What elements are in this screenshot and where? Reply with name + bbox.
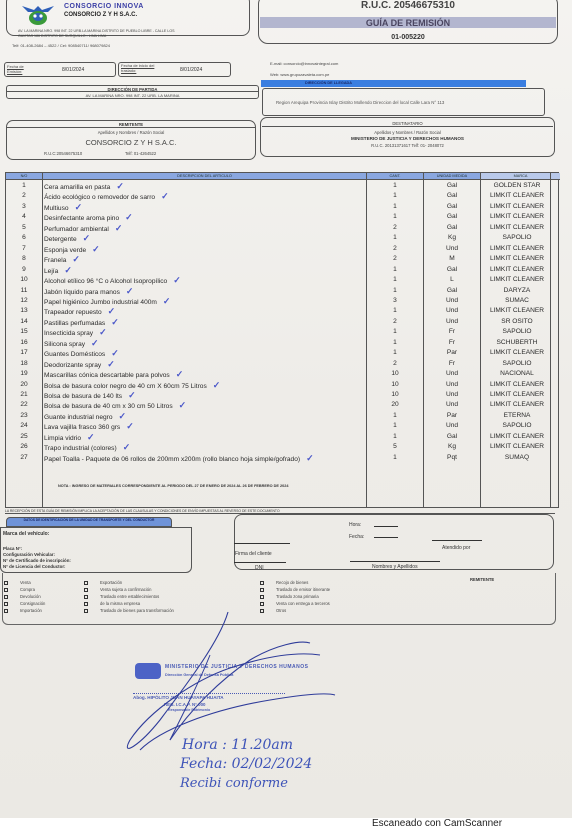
row-quantity: 5 bbox=[367, 442, 423, 452]
row-quantity: 1 bbox=[367, 202, 423, 212]
checkbox-icon[interactable] bbox=[84, 581, 88, 585]
check-mark-icon: ✓ bbox=[87, 432, 95, 442]
row-quantity: 1 bbox=[367, 191, 423, 201]
table-row: 17Guantes Domésticos✓1ParLIMKIT CLEANER bbox=[6, 348, 560, 358]
checkbox-icon[interactable] bbox=[260, 595, 264, 599]
emission-date-label: Fecha de Emisión: bbox=[7, 64, 29, 74]
row-unit: Kg bbox=[424, 442, 480, 452]
row-quantity: 2 bbox=[367, 244, 423, 254]
motivos-remitente-label: REMITENTE bbox=[470, 577, 494, 582]
table-row: 25Limpia vidrio✓1GalLIMKIT CLEANER bbox=[6, 432, 560, 442]
row-unit: Gal bbox=[424, 223, 480, 233]
row-quantity: 2 bbox=[367, 254, 423, 264]
check-mark-icon: ✓ bbox=[126, 421, 134, 431]
transfer-reason-option[interactable]: Devolución bbox=[4, 594, 41, 599]
contact-web: Web: www.grupozavaleta.com.pe bbox=[270, 72, 329, 77]
transfer-reason-label: Devolución bbox=[20, 594, 41, 599]
row-brand: LIMKIT CLEANER bbox=[481, 265, 553, 275]
row-brand: LIMKIT CLEANER bbox=[481, 348, 553, 358]
row-unit: Gal bbox=[424, 202, 480, 212]
row-brand: ETERNA bbox=[481, 411, 553, 421]
row-unit: Und bbox=[424, 390, 480, 400]
transfer-reason-label: Importación bbox=[20, 608, 42, 613]
row-brand: GOLDEN STAR bbox=[481, 181, 553, 191]
transfer-reason-label: Traslado zona primaria bbox=[276, 594, 319, 599]
row-unit: Und bbox=[424, 317, 480, 327]
emission-date: 8/01/2024 bbox=[62, 67, 84, 73]
table-row: 21Bolsa de basura de 140 lts✓10UndLIMKIT… bbox=[6, 390, 560, 400]
transfer-date: 8/01/2024 bbox=[180, 67, 202, 73]
dni-label: DNI bbox=[255, 565, 264, 571]
certificate-field: N° de Certificado de inscripción: bbox=[3, 558, 71, 563]
check-mark-icon: ✓ bbox=[92, 244, 100, 254]
row-unit: Kg bbox=[424, 233, 480, 243]
transfer-reason-option[interactable]: Venta con entrega a terceros bbox=[260, 601, 330, 606]
table-row: 11Jabón líquido para manos✓1GalDARYZA bbox=[6, 286, 560, 296]
row-unit: Und bbox=[424, 421, 480, 431]
document-ruc: R.U.C. 20546675310 bbox=[258, 0, 558, 11]
checkbox-icon[interactable] bbox=[84, 595, 88, 599]
row-number: 19 bbox=[6, 369, 42, 379]
check-mark-icon: ✓ bbox=[115, 223, 123, 233]
row-quantity: 2 bbox=[367, 359, 423, 369]
checkbox-icon[interactable] bbox=[260, 588, 264, 592]
check-mark-icon: ✓ bbox=[176, 369, 184, 379]
row-number: 16 bbox=[6, 338, 42, 348]
row-brand: SAPOLIO bbox=[481, 327, 553, 337]
row-brand: LIMKIT CLEANER bbox=[481, 306, 553, 316]
table-row: 20Bolsa de basura color negro de 40 cm X… bbox=[6, 380, 560, 390]
row-brand: LIMKIT CLEANER bbox=[481, 432, 553, 442]
row-number: 10 bbox=[6, 275, 42, 285]
checkbox-icon[interactable] bbox=[4, 595, 8, 599]
transfer-reason-label: Venta bbox=[20, 580, 31, 585]
handwritten-time: Hora : 11.20am bbox=[182, 737, 293, 753]
plate-field: Placa N°: bbox=[3, 546, 22, 551]
transfer-reason-option[interactable]: Compra bbox=[4, 587, 35, 592]
row-quantity: 10 bbox=[367, 390, 423, 400]
row-brand: LIMKIT CLEANER bbox=[481, 223, 553, 233]
row-brand: SCHUBERTH bbox=[481, 338, 553, 348]
row-quantity: 1 bbox=[367, 181, 423, 191]
row-unit: Fr bbox=[424, 338, 480, 348]
check-mark-icon: ✓ bbox=[179, 400, 187, 410]
table-row: 19Mascarillas cónica descartable para po… bbox=[6, 369, 560, 379]
row-unit: Pqt bbox=[424, 453, 480, 463]
row-quantity: 1 bbox=[367, 212, 423, 222]
check-mark-icon: ✓ bbox=[99, 327, 107, 337]
vehicle-config-field: Configuración Vehicular: bbox=[3, 552, 55, 557]
row-quantity: 1 bbox=[367, 286, 423, 296]
row-number: 27 bbox=[6, 453, 42, 463]
transfer-reason-label: de la misma empresa bbox=[100, 601, 140, 606]
transfer-reason-label: Traslado de emisor itinerante bbox=[276, 587, 330, 592]
row-number: 24 bbox=[6, 421, 42, 431]
row-number: 2 bbox=[6, 191, 42, 201]
license-field: N° de Licencia del Conductor: bbox=[3, 564, 66, 569]
transfer-reason-option[interactable]: Consignación bbox=[4, 601, 45, 606]
transfer-date-label: Fecha de inicio del traslado: bbox=[121, 63, 161, 73]
row-number: 20 bbox=[6, 380, 42, 390]
vehicle-brand-field: Marca del vehículo: bbox=[3, 531, 49, 537]
row-quantity: 1 bbox=[367, 233, 423, 243]
nombres-label: Nombres y Apellidos bbox=[372, 564, 418, 570]
row-brand: SAPOLIO bbox=[481, 421, 553, 431]
check-mark-icon: ✓ bbox=[116, 181, 124, 191]
table-row: 2Ácido ecológico o removedor de sarro✓1G… bbox=[6, 191, 560, 201]
destinatario-ruc: R.U.C. 20131371617 Telf: 01- 2048072 bbox=[260, 143, 555, 148]
row-number: 1 bbox=[6, 181, 42, 191]
items-table: N/O DESCRIPCION DEL ARTICULO CANT. UNIDA… bbox=[5, 172, 559, 508]
transfer-reason-option[interactable]: Traslado entre establecimientos bbox=[84, 594, 159, 599]
row-quantity: 1 bbox=[367, 432, 423, 442]
table-row: 8Franela✓2MLIMKIT CLEANER bbox=[6, 254, 560, 264]
checkbox-icon[interactable] bbox=[260, 581, 264, 585]
transfer-reason-label: Consignación bbox=[20, 601, 45, 606]
company-brand: CONSORCIO INNOVA bbox=[64, 3, 144, 10]
row-brand: LIMKIT CLEANER bbox=[481, 275, 553, 285]
remitente-sub: Apellidos y Nombres / Razón Social bbox=[6, 130, 256, 135]
row-unit: Und bbox=[424, 296, 480, 306]
transfer-reason-label: Venta sujeta a confirmación bbox=[100, 587, 151, 592]
table-row: 12Papel higiénico Jumbo industrial 400m✓… bbox=[6, 296, 560, 306]
row-unit: Fr bbox=[424, 327, 480, 337]
check-mark-icon: ✓ bbox=[64, 265, 72, 275]
table-row: 10Alcohol etílico 96 °C o Alcohol Isopro… bbox=[6, 275, 560, 285]
table-row: 26Trapo industrial (colores)✓5KgLIMKIT C… bbox=[6, 442, 560, 452]
table-row: 4Desinfectante aroma pino✓1GalLIMKIT CLE… bbox=[6, 212, 560, 222]
check-mark-icon: ✓ bbox=[111, 317, 119, 327]
company-phones: Telf: 01-408-2684 – 4522 / Cel: 90854071… bbox=[12, 43, 110, 48]
company-address-2: GAVITAS 186 DISTRITO DE SURQUILLO - LIMA… bbox=[18, 34, 106, 38]
remitente-ruc: R.U.C:20546675310 bbox=[44, 151, 82, 156]
row-brand: LIMKIT CLEANER bbox=[481, 244, 553, 254]
check-mark-icon: ✓ bbox=[213, 380, 221, 390]
header-quantity: CANT. bbox=[367, 173, 423, 180]
row-unit: Gal bbox=[424, 191, 480, 201]
check-mark-icon: ✓ bbox=[111, 348, 119, 358]
table-row: 27Papel Toalla - Paquete de 06 rollos de… bbox=[6, 453, 560, 463]
table-row: 1Cera amarilla en pasta✓1GalGOLDEN STAR bbox=[6, 181, 560, 191]
company-name: CONSORCIO Z Y H S.A.C. bbox=[64, 12, 137, 18]
transfer-reason-label: Venta con entrega a terceros bbox=[276, 601, 330, 606]
row-brand: LIMKIT CLEANER bbox=[481, 191, 553, 201]
row-quantity: 3 bbox=[367, 296, 423, 306]
row-quantity: 10 bbox=[367, 380, 423, 390]
company-address-1: AV. LA MARINA NRO. 998 INT. 22 URB.LA MA… bbox=[18, 29, 175, 33]
check-mark-icon: ✓ bbox=[128, 390, 136, 400]
row-quantity: 1 bbox=[367, 265, 423, 275]
table-row: 23Guante industrial negro✓1ParETERNA bbox=[6, 411, 560, 421]
row-brand: LIMKIT CLEANER bbox=[481, 202, 553, 212]
checkbox-icon[interactable] bbox=[84, 588, 88, 592]
header-description: DESCRIPCION DEL ARTICULO bbox=[43, 173, 366, 180]
remitente-name: CONSORCIO Z Y H S.A.C. bbox=[6, 138, 256, 147]
checkbox-icon[interactable] bbox=[4, 588, 8, 592]
row-unit: Gal bbox=[424, 286, 480, 296]
row-quantity: 1 bbox=[367, 306, 423, 316]
check-mark-icon: ✓ bbox=[91, 338, 99, 348]
check-mark-icon: ✓ bbox=[163, 296, 171, 306]
destinatario-sub: Apellidos y Nombres / Razón Social bbox=[260, 130, 555, 135]
header-number: N/O bbox=[6, 173, 42, 180]
scanned-document: CONSORCIO INNOVA CONSORCIO Z Y H S.A.C. … bbox=[0, 0, 572, 818]
row-number: 26 bbox=[6, 442, 42, 452]
row-brand: LIMKIT CLEANER bbox=[481, 390, 553, 400]
table-row: 5Perfumador ambiental✓2GalLIMKIT CLEANER bbox=[6, 223, 560, 233]
check-mark-icon: ✓ bbox=[107, 359, 115, 369]
row-number: 9 bbox=[6, 265, 42, 275]
row-quantity: 1 bbox=[367, 327, 423, 337]
row-unit: Fr bbox=[424, 359, 480, 369]
fecha-label: Fecha: bbox=[349, 534, 364, 540]
check-mark-icon: ✓ bbox=[83, 233, 91, 243]
check-mark-icon: ✓ bbox=[108, 306, 116, 316]
row-brand: DARYZA bbox=[481, 286, 553, 296]
row-quantity: 1 bbox=[367, 411, 423, 421]
handwritten-received: Recibi conforme bbox=[180, 776, 288, 791]
table-row: 15Insecticida spray✓1FrSAPOLIO bbox=[6, 327, 560, 337]
row-unit: Par bbox=[424, 348, 480, 358]
row-unit: Gal bbox=[424, 181, 480, 191]
table-row: 7Esponja verde✓2UndLIMKIT CLEANER bbox=[6, 244, 560, 254]
row-unit: Gal bbox=[424, 432, 480, 442]
table-row: 13Trapeador repuesto✓1UndLIMKIT CLEANER bbox=[6, 306, 560, 316]
row-number: 5 bbox=[6, 223, 42, 233]
row-brand: LIMKIT CLEANER bbox=[481, 254, 553, 264]
table-row: 14Pastillas perfumadas✓2UndSR OSITO bbox=[6, 317, 560, 327]
transfer-reason-option[interactable]: de la misma empresa bbox=[84, 601, 140, 606]
row-brand: NACIONAL bbox=[481, 369, 553, 379]
row-quantity: 10 bbox=[367, 369, 423, 379]
contact-email: E-mail: consorcio@innovaintegral.com bbox=[270, 61, 338, 66]
row-number: 11 bbox=[6, 286, 42, 296]
check-mark-icon: ✓ bbox=[126, 286, 134, 296]
transfer-reason-label: Exportación bbox=[100, 580, 122, 585]
table-row: 16Silicona spray✓1FrSCHUBERTH bbox=[6, 338, 560, 348]
row-number: 23 bbox=[6, 411, 42, 421]
transfer-reason-label: Compra bbox=[20, 587, 35, 592]
header-brand: MARCA bbox=[481, 173, 560, 180]
scanner-watermark: Escaneado con CamScanner bbox=[372, 818, 502, 829]
checkbox-icon[interactable] bbox=[84, 609, 88, 613]
checkbox-icon[interactable] bbox=[4, 581, 8, 585]
row-number: 22 bbox=[6, 400, 42, 410]
check-mark-icon: ✓ bbox=[123, 442, 131, 452]
table-row: 18Deodorizante spray✓2FrSAPOLIO bbox=[6, 359, 560, 369]
row-unit: Und bbox=[424, 400, 480, 410]
check-mark-icon: ✓ bbox=[75, 202, 83, 212]
row-quantity: 1 bbox=[367, 421, 423, 431]
transfer-reason-option[interactable]: Traslado zona primaria bbox=[260, 594, 319, 599]
transfer-reason-option[interactable]: Importación bbox=[4, 608, 42, 613]
transfer-reason-option[interactable]: Traslado de emisor itinerante bbox=[260, 587, 330, 592]
row-quantity: 20 bbox=[367, 400, 423, 410]
row-number: 6 bbox=[6, 233, 42, 243]
checkbox-icon[interactable] bbox=[4, 602, 8, 606]
table-row: 24Lava vajilla frasco 360 grs✓1UndSAPOLI… bbox=[6, 421, 560, 431]
row-unit: Par bbox=[424, 411, 480, 421]
row-number: 21 bbox=[6, 390, 42, 400]
row-brand: SUMAQ bbox=[481, 453, 553, 463]
row-number: 25 bbox=[6, 432, 42, 442]
document-number: 01-005220 bbox=[258, 34, 558, 41]
row-unit: Und bbox=[424, 369, 480, 379]
transfer-reason-label: Traslado entre establecimientos bbox=[100, 594, 159, 599]
row-number: 15 bbox=[6, 327, 42, 337]
transfer-reason-option[interactable]: Venta bbox=[4, 580, 31, 585]
row-brand: LIMKIT CLEANER bbox=[481, 380, 553, 390]
row-quantity: 2 bbox=[367, 317, 423, 327]
row-quantity: 2 bbox=[367, 223, 423, 233]
llegada-address: Region Arequipa Provincia Islay Distrito… bbox=[276, 100, 444, 105]
row-number: 4 bbox=[6, 212, 42, 222]
row-brand: SUMAC bbox=[481, 296, 553, 306]
row-quantity: 1 bbox=[367, 453, 423, 463]
table-row: 22Bolsa de basura de 40 cm x 30 cm 50 Li… bbox=[6, 400, 560, 410]
row-unit: M bbox=[424, 254, 480, 264]
row-number: 14 bbox=[6, 317, 42, 327]
transfer-reason-option[interactable]: Recojo de bienes bbox=[260, 580, 308, 585]
transfer-reason-label: Recojo de bienes bbox=[276, 580, 308, 585]
row-quantity: 1 bbox=[367, 348, 423, 358]
check-mark-icon: ✓ bbox=[306, 453, 314, 463]
row-number: 7 bbox=[6, 244, 42, 254]
row-number: 13 bbox=[6, 306, 42, 316]
row-number: 3 bbox=[6, 202, 42, 212]
row-number: 12 bbox=[6, 296, 42, 306]
row-brand: SAPOLIO bbox=[481, 233, 553, 243]
check-mark-icon: ✓ bbox=[119, 411, 127, 421]
check-mark-icon: ✓ bbox=[161, 191, 169, 201]
row-brand: SAPOLIO bbox=[481, 359, 553, 369]
check-mark-icon: ✓ bbox=[72, 254, 80, 264]
header-unit: UNIDAD MEDIDA bbox=[424, 173, 480, 180]
row-brand: LIMKIT CLEANER bbox=[481, 212, 553, 222]
row-brand: LIMKIT CLEANER bbox=[481, 400, 553, 410]
row-unit: Gal bbox=[424, 212, 480, 222]
checkbox-icon[interactable] bbox=[84, 602, 88, 606]
row-unit: L bbox=[424, 275, 480, 285]
row-description: Papel Toalla - Paquete de 06 rollos de 2… bbox=[44, 453, 314, 465]
table-row: 6Detergente✓1KgSAPOLIO bbox=[6, 233, 560, 243]
transport-header: DATOS DE IDENTIFICACIÓN DE LA UNIDAD DE … bbox=[6, 518, 172, 522]
row-unit: Gal bbox=[424, 265, 480, 275]
destinatario-name: MINISTERIO DE JUSTICIA Y DERECHOS HUMANO… bbox=[260, 136, 555, 141]
hora-label: Hora: bbox=[349, 522, 361, 528]
row-brand: SR OSITO bbox=[481, 317, 553, 327]
llegada-label: DIRECCIÓN DE LLEGADA bbox=[305, 81, 352, 85]
company-logo-icon bbox=[22, 2, 54, 26]
check-mark-icon: ✓ bbox=[173, 275, 181, 285]
table-row: 3Multiuso✓1GalLIMKIT CLEANER bbox=[6, 202, 560, 212]
partida-address: AV. LA MARINA NRO. 998 INT. 22 URB. LA M… bbox=[6, 93, 259, 98]
atendido-label: Atendido por bbox=[442, 545, 470, 551]
transfer-reason-option[interactable]: Exportación bbox=[84, 580, 122, 585]
row-quantity: 1 bbox=[367, 338, 423, 348]
row-quantity: 1 bbox=[367, 275, 423, 285]
checkbox-icon[interactable] bbox=[260, 602, 264, 606]
row-brand: LIMKIT CLEANER bbox=[481, 442, 553, 452]
handwritten-date: Fecha: 02/02/2024 bbox=[180, 756, 312, 772]
firma-label: Firma del cliente bbox=[235, 551, 272, 557]
row-unit: Und bbox=[424, 244, 480, 254]
row-number: 17 bbox=[6, 348, 42, 358]
transfer-reason-option[interactable]: Venta sujeta a confirmación bbox=[84, 587, 151, 592]
row-number: 18 bbox=[6, 359, 42, 369]
table-note: NOTA : INGRESO DE MATERIALES CORRESPONDI… bbox=[58, 484, 288, 488]
checkbox-icon[interactable] bbox=[4, 609, 8, 613]
table-row: 9Lejía✓1GalLIMKIT CLEANER bbox=[6, 265, 560, 275]
remitente-tel: Telf: 01-4264522 bbox=[125, 151, 156, 156]
check-mark-icon: ✓ bbox=[125, 212, 133, 222]
document-title: GUÍA DE REMISIÓN bbox=[258, 18, 558, 28]
row-number: 8 bbox=[6, 254, 42, 264]
row-unit: Und bbox=[424, 306, 480, 316]
row-unit: Und bbox=[424, 380, 480, 390]
